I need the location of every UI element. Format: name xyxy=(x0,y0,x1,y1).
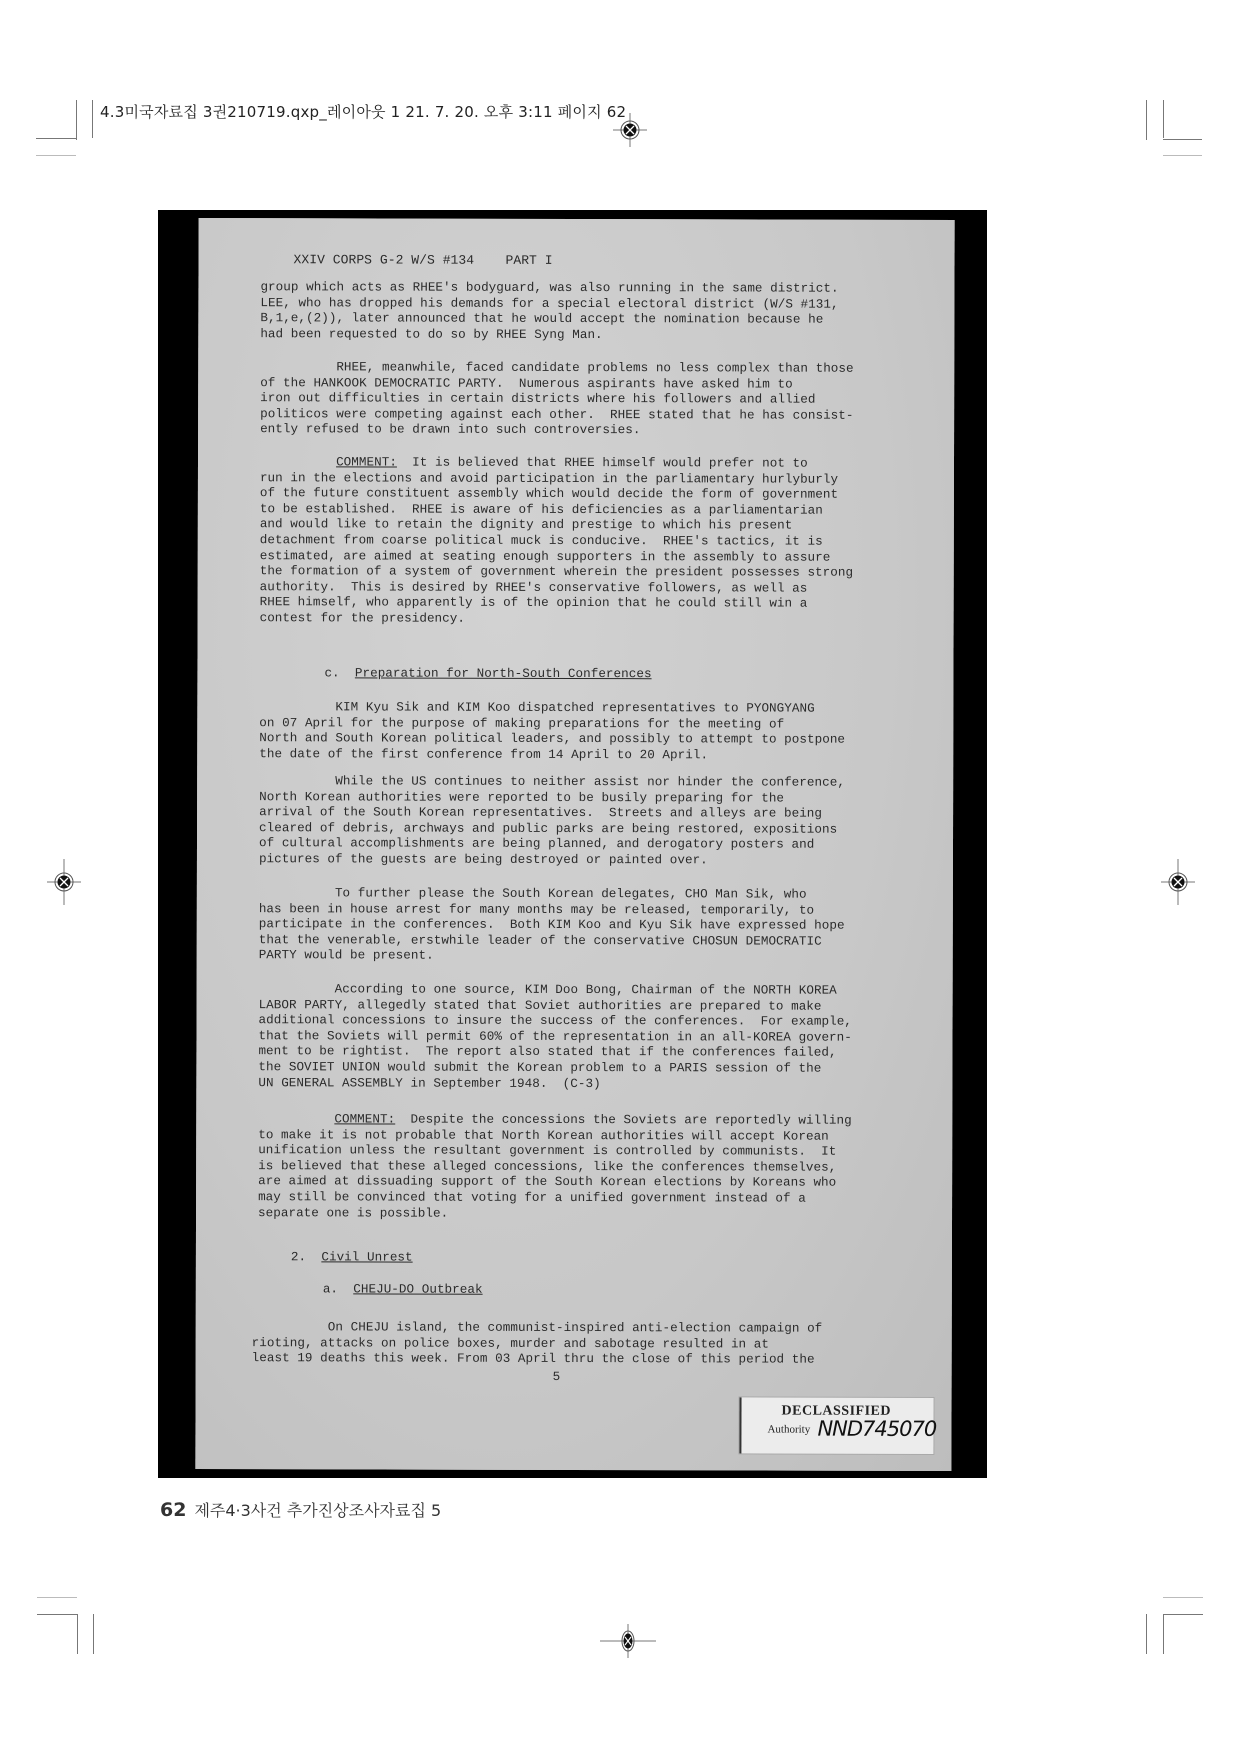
document-page-number: 5 xyxy=(553,1370,932,1387)
subsection-a-heading: a. CHEJU-DO Outbreak xyxy=(323,1282,932,1299)
text-line: is believed that these alleged concessio… xyxy=(258,1159,932,1176)
text-line: North Korean authorities were reported t… xyxy=(259,790,933,807)
text-line: authority. This is desired by RHEE's con… xyxy=(260,580,934,597)
text-line: may still be convinced that voting for a… xyxy=(258,1190,932,1207)
document-header: XXIV CORPS G-2 W/S #134 PART I xyxy=(294,252,935,269)
text-line: the SOVIET UNION would submit the Korean… xyxy=(258,1060,932,1077)
paragraph-comment-1: COMMENT: It is believed that RHEE himsel… xyxy=(260,455,934,628)
paragraph-cheju-outbreak: On CHEJU island, the communist-inspired … xyxy=(252,1320,932,1369)
text-line: politicos were competing against each ot… xyxy=(260,407,934,424)
paragraph-comment-2: COMMENT: Despite the concessions the Sov… xyxy=(258,1112,932,1223)
text-line: to be established. RHEE is aware of his … xyxy=(260,502,934,519)
text-line: 2. Civil Unrest xyxy=(291,1250,932,1267)
text-line: B,1,e,(2)), later announced that he woul… xyxy=(260,311,934,328)
text-line: additional concessions to insure the suc… xyxy=(259,1013,933,1030)
text-line: rioting, attacks on police boxes, murder… xyxy=(252,1336,932,1353)
crop-mark-top-left xyxy=(92,100,93,138)
crop-mark-bottom-right xyxy=(1163,1597,1203,1598)
book-title: 제주4·3사건 추가진상조사자료집 5 xyxy=(194,1501,441,1520)
text-line: that the Soviets will permit 60% of the … xyxy=(258,1029,932,1046)
declassified-stamp: DECLASSIFIED Authority NND745070 xyxy=(739,1397,933,1454)
text-line: RHEE, meanwhile, faced candidate problem… xyxy=(260,360,934,377)
text-line: To further please the South Korean deleg… xyxy=(259,886,933,903)
crop-mark-top-left xyxy=(76,100,77,140)
text-line: on 07 April for the purpose of making pr… xyxy=(259,716,933,733)
section-title: Preparation for North-South Conferences xyxy=(355,666,652,681)
text-line: has been in house arrest for many months… xyxy=(259,902,933,919)
paragraph-continuation: group which acts as RHEE's bodyguard, wa… xyxy=(260,280,934,344)
registration-mark-top xyxy=(613,113,647,147)
comment-label: COMMENT: xyxy=(336,455,397,469)
text-line: RHEE himself, who apparently is of the o… xyxy=(260,596,934,613)
crop-mark-top-right xyxy=(1163,139,1202,140)
comment-label: COMMENT: xyxy=(334,1112,395,1126)
text-line: of cultural accomplishments are being pl… xyxy=(259,837,933,854)
book-page-number: 62 xyxy=(160,1499,186,1521)
text-line: KIM Kyu Sik and KIM Koo dispatched repre… xyxy=(259,700,933,717)
stamp-authority-code: NND745070 xyxy=(817,1417,936,1441)
text-line: a. CHEJU-DO Outbreak xyxy=(323,1282,932,1299)
text-line: PARTY would be present. xyxy=(259,949,933,966)
registration-mark-left xyxy=(47,859,81,905)
text-line: c. Preparation for North-South Conferenc… xyxy=(324,666,933,683)
crop-mark-bottom-right xyxy=(1146,1614,1147,1654)
text-line: participate in the conferences. Both KIM… xyxy=(259,917,933,934)
section-2-heading: 2. Civil Unrest xyxy=(291,1250,932,1267)
section-letter: c. xyxy=(324,666,339,680)
typewritten-page: XXIV CORPS G-2 W/S #134 PART I group whi… xyxy=(195,218,954,1471)
crop-mark-bottom-right xyxy=(1163,1614,1203,1615)
text-line: arrival of the South Korean representati… xyxy=(259,805,933,822)
text-line: unification unless the resultant governm… xyxy=(258,1143,932,1160)
document-header-text: XXIV CORPS G-2 W/S #134 PART I xyxy=(294,252,935,269)
text-line: LEE, who has dropped his demands for a s… xyxy=(260,296,934,313)
text-line: iron out difficulties in certain distric… xyxy=(260,391,934,408)
text-line: On CHEJU island, the communist-inspired … xyxy=(252,1320,932,1337)
text-line: COMMENT: It is believed that RHEE himsel… xyxy=(260,455,934,472)
text-line: ently refused to be drawn into such cont… xyxy=(260,423,934,440)
text-line: separate one is possible. xyxy=(258,1206,932,1223)
text-line: UN GENERAL ASSEMBLY in September 1948. (… xyxy=(258,1076,932,1093)
crop-mark-bottom-left xyxy=(93,1614,94,1654)
text-fragment: Despite the concessions the Soviets are … xyxy=(395,1113,851,1128)
text-line: that the venerable, erstwhile leader of … xyxy=(259,933,933,950)
text-line: and would like to retain the dignity and… xyxy=(260,518,934,535)
text-line: run in the elections and avoid participa… xyxy=(260,471,934,488)
text-line: to make it is not probable that North Ko… xyxy=(258,1128,932,1145)
crop-mark-bottom-left xyxy=(77,1614,78,1654)
crop-mark-top-right xyxy=(1146,100,1147,140)
text-line: the date of the first conference from 14… xyxy=(259,747,933,764)
text-line: estimated, are aimed at seating enough s… xyxy=(260,549,934,566)
stamp-authority-label: Authority xyxy=(767,1424,810,1436)
crop-mark-top-left xyxy=(36,155,76,156)
text-line: COMMENT: Despite the concessions the Sov… xyxy=(258,1112,932,1129)
text-line: LABOR PARTY, allegedly stated that Sovie… xyxy=(259,998,933,1015)
paragraph-kim-dispatch: KIM Kyu Sik and KIM Koo dispatched repre… xyxy=(259,700,933,764)
book-footer: 62제주4·3사건 추가진상조사자료집 5 xyxy=(160,1498,441,1521)
text-line: North and South Korean political leaders… xyxy=(259,731,933,748)
text-line: cleared of debris, archways and public p… xyxy=(259,821,933,838)
crop-mark-top-right xyxy=(1163,100,1164,138)
print-slug: 4.3미국자료집 3권210719.qxp_레이아웃 1 21. 7. 20. … xyxy=(100,101,626,122)
registration-mark-bottom xyxy=(600,1624,656,1658)
crop-mark-bottom-left xyxy=(37,1614,77,1615)
paragraph-rhee-candidates: RHEE, meanwhile, faced candidate problem… xyxy=(260,360,934,440)
subsection-letter: a. xyxy=(323,1282,338,1296)
crop-mark-top-right xyxy=(1163,155,1202,156)
subsection-title: CHEJU-DO Outbreak xyxy=(353,1282,482,1296)
section-number: 2. xyxy=(291,1250,306,1264)
crop-mark-top-left xyxy=(36,138,76,139)
text-line: the formation of a system of government … xyxy=(260,564,934,581)
paragraph-kim-doo-bong: According to one source, KIM Doo Bong, C… xyxy=(258,982,932,1093)
text-line: According to one source, KIM Doo Bong, C… xyxy=(259,982,933,999)
page-number-text: 5 xyxy=(553,1370,932,1387)
paragraph-cho-man-sik: To further please the South Korean deleg… xyxy=(259,886,933,966)
text-line: ment to be rightist. The report also sta… xyxy=(258,1045,932,1062)
section-title: Civil Unrest xyxy=(321,1250,412,1264)
text-line: of the HANKOOK DEMOCRATIC PARTY. Numerou… xyxy=(260,376,934,393)
registration-mark-right xyxy=(1161,859,1195,905)
text-line: While the US continues to neither assist… xyxy=(259,774,933,791)
crop-mark-bottom-left xyxy=(37,1597,77,1598)
text-line: are aimed at dissuading support of the S… xyxy=(258,1175,932,1192)
text-fragment: It is believed that RHEE himself would p… xyxy=(397,456,808,471)
paragraph-north-preparing: While the US continues to neither assist… xyxy=(259,774,933,869)
text-line: least 19 deaths this week. From 03 April… xyxy=(252,1351,932,1368)
text-line: group which acts as RHEE's bodyguard, wa… xyxy=(260,280,934,297)
text-line: had been requested to do so by RHEE Syng… xyxy=(260,327,934,344)
text-line: contest for the presidency. xyxy=(260,611,934,628)
text-line: pictures of the guests are being destroy… xyxy=(259,852,933,869)
crop-mark-bottom-right xyxy=(1163,1614,1164,1654)
section-c-heading: c. Preparation for North-South Conferenc… xyxy=(324,666,933,683)
text-line: detachment from coarse political muck is… xyxy=(260,533,934,550)
text-line: of the future constituent assembly which… xyxy=(260,486,934,503)
